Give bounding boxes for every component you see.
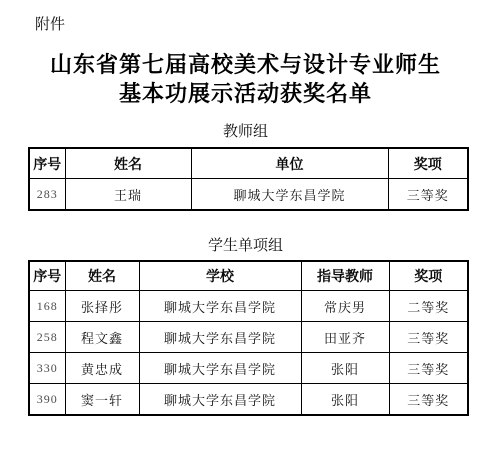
table-row: 330黄忠成聊城大学东昌学院张阳三等奖 [29, 353, 468, 384]
column-header: 奖项 [389, 261, 468, 291]
table-cell: 三等奖 [389, 322, 468, 353]
column-header: 学校 [139, 261, 301, 291]
table-cell: 黄忠成 [65, 353, 139, 384]
table-cell: 三等奖 [388, 179, 468, 211]
column-header: 单位 [191, 148, 388, 179]
table-cell: 窦一轩 [65, 384, 139, 416]
table-cell: 258 [29, 322, 65, 353]
column-header: 指导教师 [301, 261, 389, 291]
document-title: 山东省第七届高校美术与设计专业师生 基本功展示活动获奖名单 [0, 50, 491, 108]
table-cell: 聊城大学东昌学院 [139, 384, 301, 416]
column-header: 姓名 [65, 261, 139, 291]
table-cell: 168 [29, 291, 65, 322]
document-title-line-2: 基本功展示活动获奖名单 [0, 79, 491, 108]
table-cell: 张阳 [301, 384, 389, 416]
table-cell: 常庆男 [301, 291, 389, 322]
table-cell: 二等奖 [389, 291, 468, 322]
column-header: 姓名 [65, 148, 191, 179]
column-header: 序号 [29, 148, 65, 179]
document-page: 附件 山东省第七届高校美术与设计专业师生 基本功展示活动获奖名单 教师组 序号姓… [0, 0, 491, 453]
teacher-group-table: 序号姓名单位奖项283王瑞聊城大学东昌学院三等奖 [28, 147, 469, 211]
table-row: 168张择彤聊城大学东昌学院常庆男二等奖 [29, 291, 468, 322]
table-cell: 王瑞 [65, 179, 191, 211]
document-title-line-1: 山东省第七届高校美术与设计专业师生 [0, 50, 491, 79]
table-cell: 聊城大学东昌学院 [139, 291, 301, 322]
section-title-teacher-group: 教师组 [0, 120, 491, 141]
table-row: 390窦一轩聊城大学东昌学院张阳三等奖 [29, 384, 468, 416]
student-group-table: 序号姓名学校指导教师奖项168张择彤聊城大学东昌学院常庆男二等奖258程文鑫聊城… [28, 260, 469, 416]
column-header: 序号 [29, 261, 65, 291]
table-cell: 张阳 [301, 353, 389, 384]
header-row: 序号姓名单位奖项 [29, 148, 468, 179]
table-cell: 330 [29, 353, 65, 384]
section-title-student-group: 学生单项组 [0, 234, 491, 255]
table-cell: 283 [29, 179, 65, 211]
table-cell: 聊城大学东昌学院 [191, 179, 388, 211]
table-cell: 程文鑫 [65, 322, 139, 353]
table-cell: 聊城大学东昌学院 [139, 353, 301, 384]
table-cell: 张择彤 [65, 291, 139, 322]
table-cell: 390 [29, 384, 65, 416]
table-cell: 聊城大学东昌学院 [139, 322, 301, 353]
table-row: 258程文鑫聊城大学东昌学院田亚齐三等奖 [29, 322, 468, 353]
attachment-label: 附件 [35, 13, 65, 34]
table-cell: 三等奖 [389, 384, 468, 416]
table-row: 283王瑞聊城大学东昌学院三等奖 [29, 179, 468, 211]
header-row: 序号姓名学校指导教师奖项 [29, 261, 468, 291]
table-cell: 三等奖 [389, 353, 468, 384]
table-cell: 田亚齐 [301, 322, 389, 353]
column-header: 奖项 [388, 148, 468, 179]
